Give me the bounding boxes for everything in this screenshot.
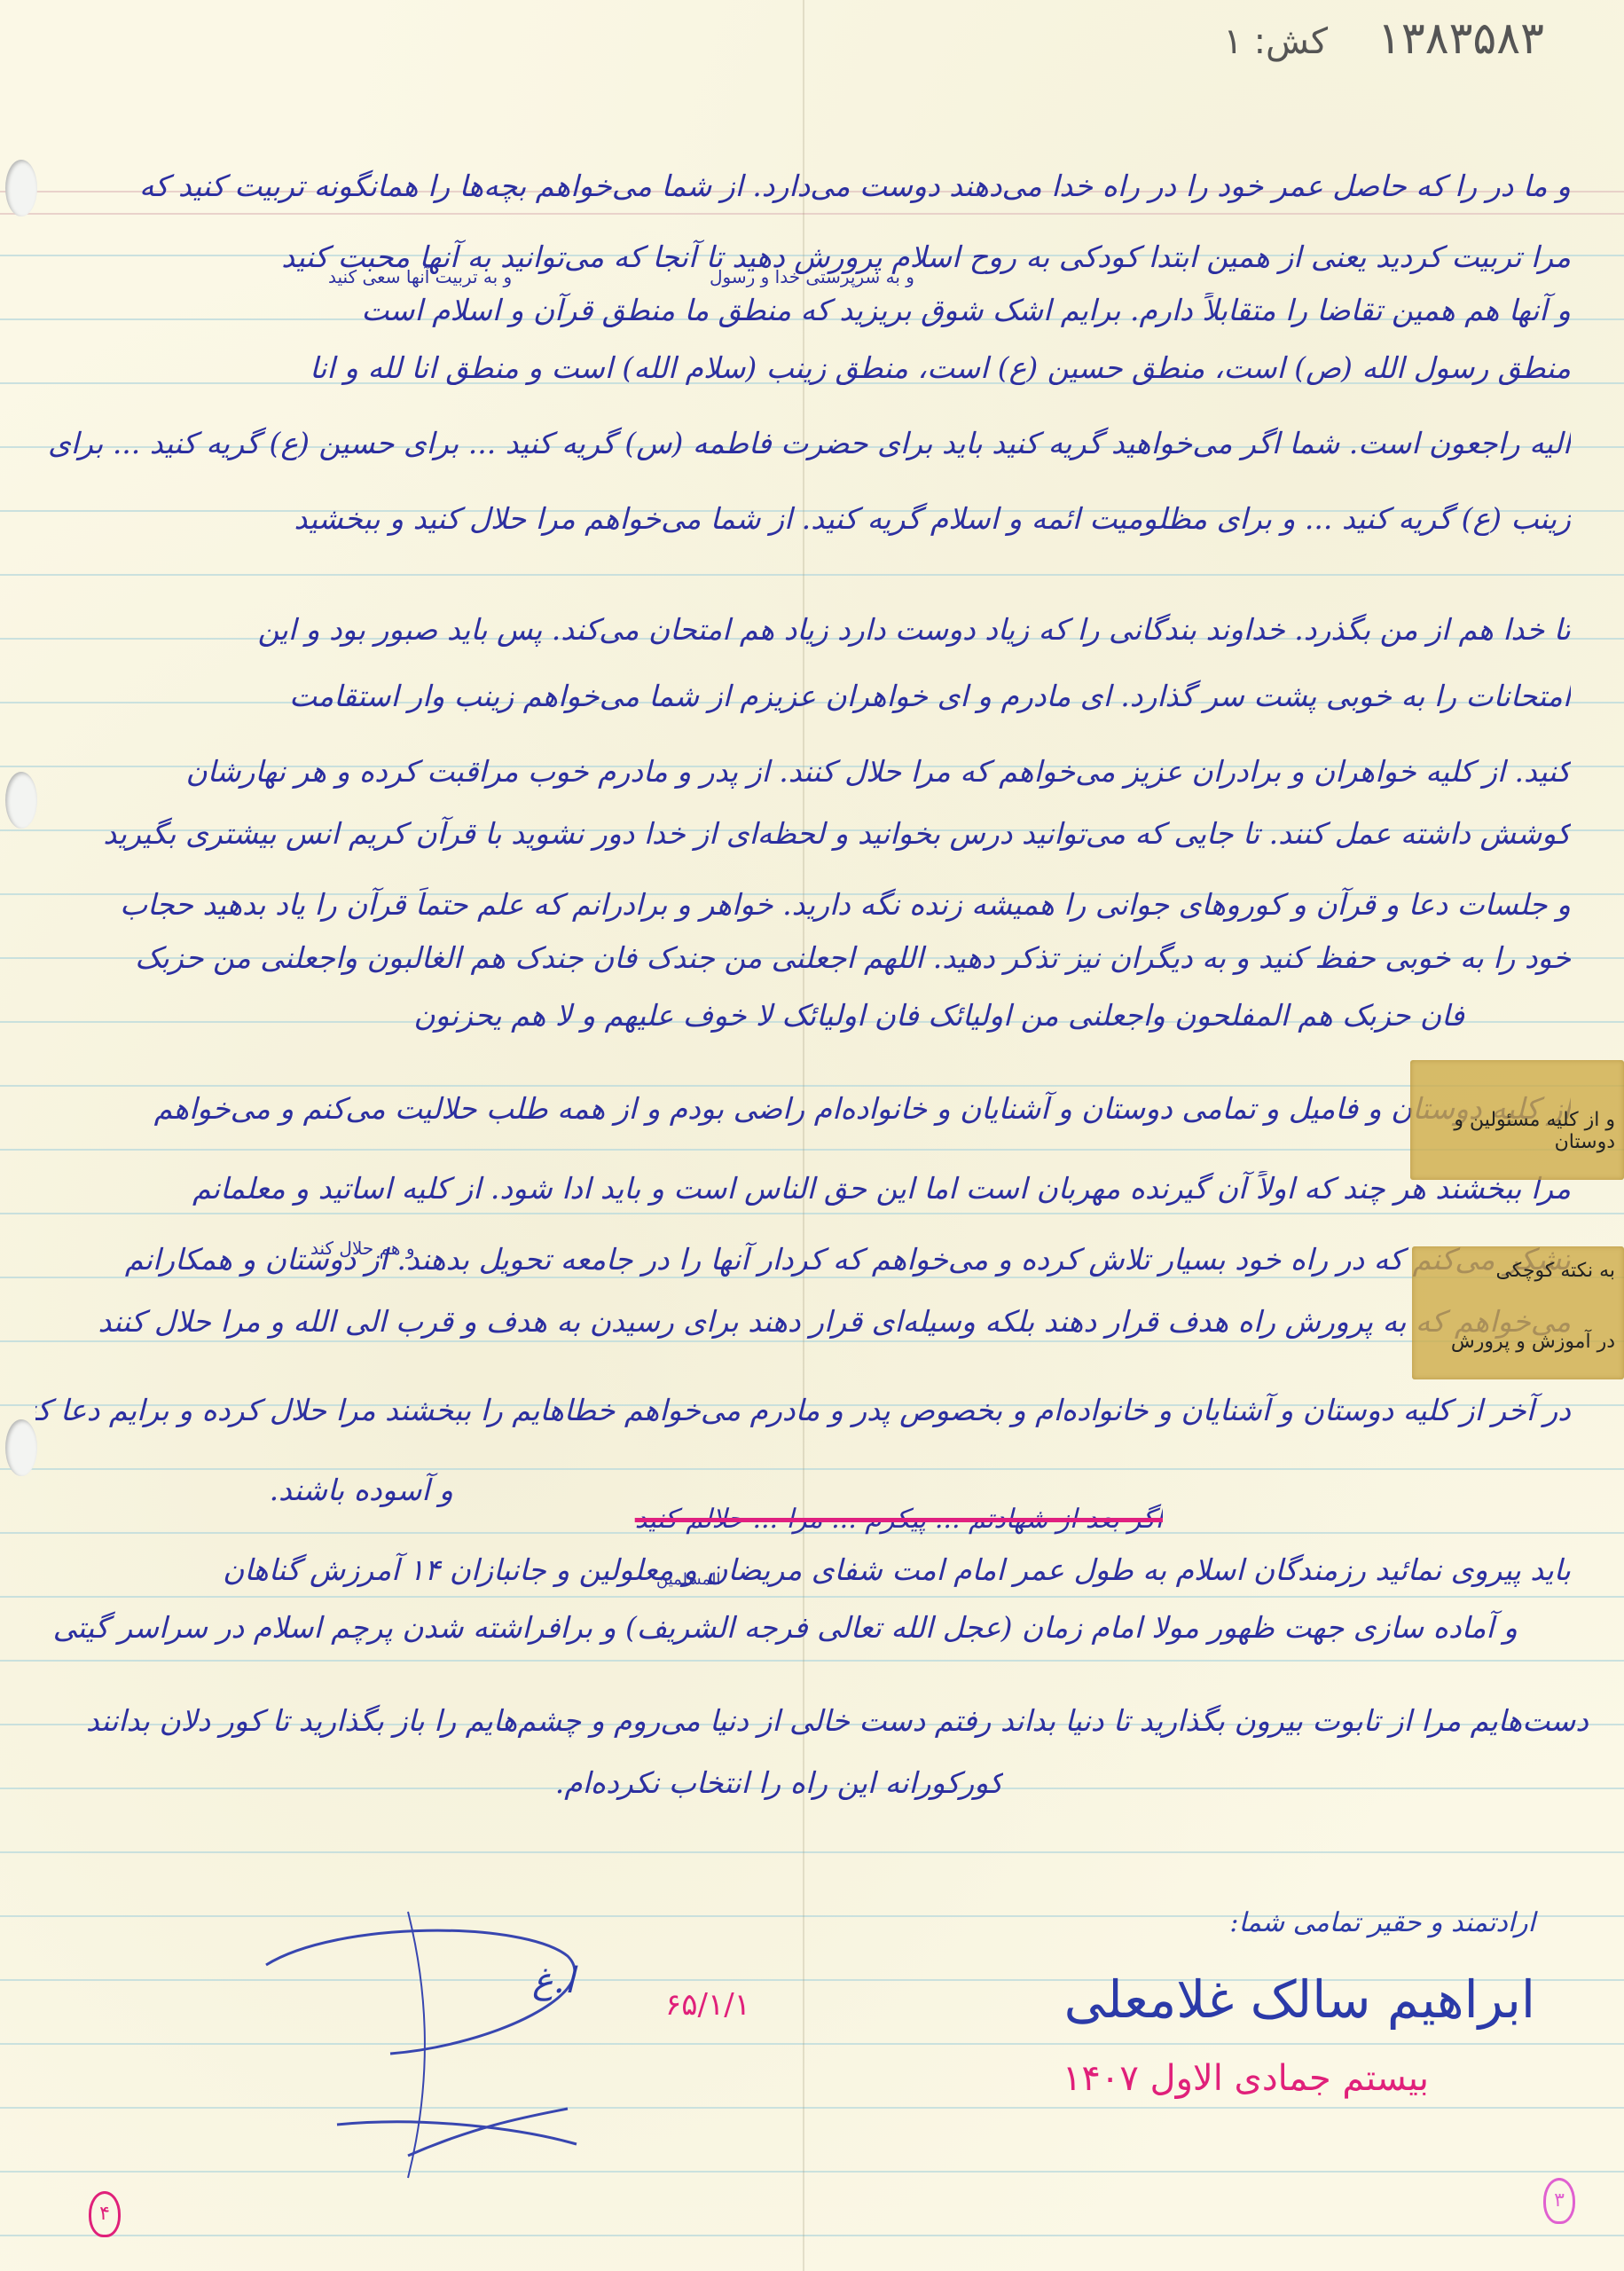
interlinear-note: المسلمین [656,1570,720,1589]
handwritten-line: و ما در را که حاصل عمر خود را در راه خدا… [35,169,1571,203]
tape-note: به نکته کوچکی [1495,1260,1615,1282]
rule-line [0,2235,1624,2236]
handwritten-line: تا خدا هم از من بگذرد. خداوند بندگانی را… [35,612,1571,647]
tape-note: و از کلیه مسئولین و دوستان [1410,1109,1615,1153]
handwritten-line: می‌خواهم که به پرورش راه هدف قرار دهند ب… [35,1304,1571,1339]
rule-line [0,1085,1624,1087]
date-hijri: بیستم جمادی الاول ۱۴۰۷ [1063,2058,1429,2099]
page-marker: ۴ [89,2191,121,2237]
archive-label: کش: ۱ [1223,21,1328,62]
binder-hole [5,1419,37,1476]
handwritten-line: تشکر می‌کنم که در راه خود بسیار تلاش کرد… [35,1242,1571,1277]
signature-initials: ا.غ [532,1961,575,2001]
interlinear-note: و به سرپرستی خدا و رسول [710,266,914,287]
handwritten-line: و آسوده باشند. [35,1473,453,1507]
handwritten-line: و آماده سازی جهت ظهور مولا امام زمان (عج… [35,1610,1518,1645]
handwritten-line: و آنها هم همین تقاضا را متقابلاً دارم. ب… [35,293,1571,327]
handwritten-line: مرا ببخشند هر چند که اولاً آن گیرنده مهر… [35,1171,1571,1206]
rule-line [0,1660,1624,1662]
tape-patch: و از کلیه مسئولین و دوستان [1410,1060,1624,1180]
handwritten-line: فان حزبک هم المفلحون واجعلنی من اولیائک … [35,998,1464,1033]
handwritten-line: خود را به خوبی حفظ کنید و به دیگران نیز … [35,940,1571,975]
handwritten-line: امتحانات را به خوبی پشت سر گذارد. ای ماد… [35,679,1571,713]
letter-page: ۱۳۸۳۵۸۳ کش: ۱ و ما در را که حاصل عمر خود… [0,0,1624,2271]
closing-phrase: ارادتمند و حقیر تمامی شما: [1229,1907,1535,1938]
signature-block: ارادتمند و حقیر تمامی شما: ابراهیم سالک … [737,1907,1535,2138]
handwritten-line: باید پیروی نمائید رزمندگان اسلام به طول … [35,1552,1571,1587]
rule-line [0,1468,1624,1470]
signature-name: ابراهیم سالک غلامعلی [1064,1969,1535,2030]
handwritten-line: زینب (ع) گریه کنید ... و برای مظلومیت ائ… [35,501,1571,536]
rule-line [0,213,1624,215]
tape-patch: به نکته کوچکی در آموزش و پرورش [1412,1246,1624,1379]
tape-note: در آموزش و پرورش [1451,1331,1615,1353]
page-marker: ۳ [1543,2178,1575,2224]
signature-flourish [231,1912,763,2178]
rule-line [0,1596,1624,1598]
handwritten-line: از کلیه دوستان و فامیل و تمامی دوستان و … [35,1091,1571,1126]
struck-out-text: اگر بعد از شهادتم ... پیکرم ... مرا ... … [603,1504,1163,1535]
rule-line [0,1277,1624,1278]
handwritten-line: دست‌هایم مرا از تابوت بیرون بگذارید تا د… [35,1703,1589,1738]
handwritten-line: کنید. از کلیه خواهران و برادران عزیز می‌… [35,754,1571,789]
rule-line [0,1149,1624,1151]
interlinear-note: و هم حلال کند [310,1238,414,1259]
handwritten-line: کوشش داشته عمل کنند. تا جایی که می‌توانی… [35,816,1571,851]
binder-hole [5,772,37,829]
rule-line [0,1213,1624,1214]
handwritten-line: کورکورانه این راه را انتخاب نکرده‌ام. [35,1765,1003,1800]
handwritten-line: در آخر از کلیه دوستان و آشنایان و خانواد… [35,1393,1571,1427]
handwritten-line: منطق رسول الله (ص) است، منطق حسین (ع) اس… [35,350,1571,385]
rule-line [0,574,1624,576]
binder-hole [5,160,37,216]
archive-number: ۱۳۸۳۵۸۳ [1377,12,1544,64]
interlinear-note: و به تربیت آنها سعی کنید [328,266,512,287]
archive-stamp: ۱۳۸۳۵۸۳ کش: ۱ [1223,12,1544,64]
rule-line [0,1340,1624,1342]
handwritten-line: الیه راجعون است. شما اگر می‌خواهید گریه … [35,426,1571,460]
handwritten-line: و جلسات دعا و قرآن و کوروهای جوانی را هم… [35,887,1571,922]
rule-line [0,1851,1624,1853]
